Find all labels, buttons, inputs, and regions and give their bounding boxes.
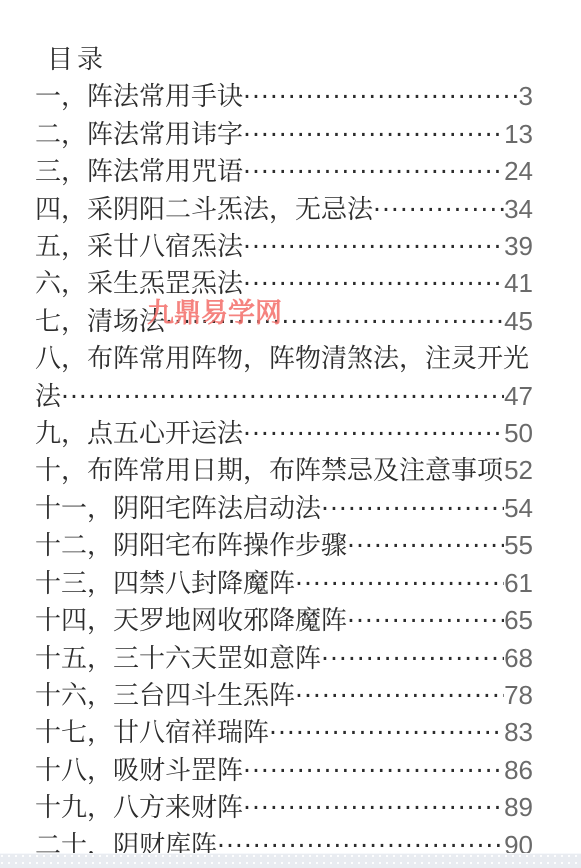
toc-row: 十三，四禁八封降魔阵 ·····························…	[35, 565, 533, 602]
toc-row: 十二，阴阳宅布阵操作步骤 ···························…	[35, 527, 533, 564]
dot-leader: ········································…	[243, 265, 504, 302]
toc-page-number: 39	[504, 228, 533, 265]
toc-entry-title: 十一，阴阳宅阵法启动法	[35, 490, 321, 527]
toc-page-number: 47	[504, 378, 533, 415]
toc-row: 十八，吸财斗罡阵 ·······························…	[35, 752, 533, 789]
dot-leader: ········································…	[243, 116, 504, 153]
dot-leader: ········································…	[269, 714, 504, 751]
toc-entry-title: 十三，四禁八封降魔阵	[35, 565, 295, 602]
toc-page-number: 34	[504, 191, 533, 228]
dot-leader: ········································…	[347, 602, 504, 639]
dot-leader: ········································…	[243, 415, 504, 452]
dot-leader: ········································…	[243, 228, 504, 265]
toc-page-number: 61	[504, 565, 533, 602]
bottom-bar	[0, 853, 581, 868]
toc-row: 九，点五心开运法 ·······························…	[35, 415, 533, 452]
toc-entry-title: 五，采廿八宿炁法	[35, 228, 243, 265]
toc-entry-title: 十九，八方来财阵	[35, 789, 243, 826]
toc-row: 四，采阴阳二斗炁法，无忌法 ··························…	[35, 191, 533, 228]
toc-page-number: 86	[504, 752, 533, 789]
toc-page-number: 54	[504, 490, 533, 527]
dot-leader: ········································…	[243, 153, 504, 190]
toc-entry-title: 九，点五心开运法	[35, 415, 243, 452]
dot-leader: ········································…	[243, 752, 504, 789]
dot-leader: ········································…	[295, 677, 504, 714]
toc-page-number: 68	[504, 640, 533, 677]
toc-page-number: 89	[504, 789, 533, 826]
toc-page-number: 78	[504, 677, 533, 714]
dot-leader: ········································…	[373, 191, 504, 228]
toc-row: 五，采廿八宿炁法 ·······························…	[35, 228, 533, 265]
toc-entry-title: 七，清场法	[35, 303, 165, 340]
toc-row: 法 ······································…	[35, 378, 533, 415]
toc-page-number: 50	[504, 415, 533, 452]
dot-leader: ········································…	[321, 640, 504, 677]
toc-page-number: 55	[504, 527, 533, 564]
toc-content: 目录 一，阵法常用手诀 ····························…	[35, 41, 533, 864]
toc-row: 七，清场法 ··································…	[35, 303, 533, 340]
toc-row: 八，布阵常用阵物，阵物清煞法，注灵开光	[35, 340, 533, 377]
dot-leader: ········································…	[295, 565, 504, 602]
dot-leader: ········································…	[61, 378, 504, 415]
toc-page-number: 24	[504, 153, 533, 190]
toc-entry-title: 十七，廿八宿祥瑞阵	[35, 714, 269, 751]
toc-list: 一，阵法常用手诀 ·······························…	[35, 78, 533, 864]
toc-entry-title: 二，阵法常用讳字	[35, 116, 243, 153]
toc-page: 目录 一，阵法常用手诀 ····························…	[0, 0, 581, 868]
dot-leader: ········································…	[243, 789, 504, 826]
toc-entry-title: 十，布阵常用日期，布阵禁忌及注意事项	[35, 452, 503, 489]
toc-row: 一，阵法常用手诀 ·······························…	[35, 78, 533, 115]
toc-row: 二，阵法常用讳字 ·······························…	[35, 116, 533, 153]
toc-entry-title: 十四，天罗地网收邪降魔阵	[35, 602, 347, 639]
toc-row: 十六，三台四斗生炁阵 ·····························…	[35, 677, 533, 714]
toc-entry-title: 六，采生炁罡炁法	[35, 265, 243, 302]
toc-row: 十四，天罗地网收邪降魔阵 ···························…	[35, 602, 533, 639]
toc-page-number: 83	[504, 714, 533, 751]
page-title: 目录	[35, 41, 533, 78]
toc-page-number: 3	[519, 78, 533, 115]
toc-row: 三，阵法常用咒语 ·······························…	[35, 153, 533, 190]
toc-entry-title: 一，阵法常用手诀	[35, 78, 243, 115]
toc-entry-title: 四，采阴阳二斗炁法，无忌法	[35, 191, 373, 228]
dot-leader: ········································…	[347, 527, 504, 564]
toc-entry-title: 十五，三十六天罡如意阵	[35, 640, 321, 677]
dot-leader: ········································…	[165, 303, 504, 340]
toc-page-number: 13	[504, 116, 533, 153]
toc-row: 十五，三十六天罡如意阵 ····························…	[35, 640, 533, 677]
toc-row: 十九，八方来财阵 ·······························…	[35, 789, 533, 826]
dot-leader: ········································…	[321, 490, 504, 527]
toc-row: 十一，阴阳宅阵法启动法 ····························…	[35, 490, 533, 527]
toc-row: 十，布阵常用日期，布阵禁忌及注意事项 52	[35, 452, 533, 489]
toc-entry-title: 十六，三台四斗生炁阵	[35, 677, 295, 714]
toc-entry-title: 三，阵法常用咒语	[35, 153, 243, 190]
toc-entry-title: 法	[35, 378, 61, 415]
toc-entry-title: 十二，阴阳宅布阵操作步骤	[35, 527, 347, 564]
dot-leader: ········································…	[243, 78, 519, 115]
toc-page-number: 41	[504, 265, 533, 302]
toc-row: 十七，廿八宿祥瑞阵 ······························…	[35, 714, 533, 751]
toc-row: 六，采生炁罡炁法 ·······························…	[35, 265, 533, 302]
toc-entry-title: 十八，吸财斗罡阵	[35, 752, 243, 789]
toc-page-number: 45	[504, 303, 533, 340]
toc-entry-title: 八，布阵常用阵物，阵物清煞法，注灵开光	[35, 340, 529, 377]
toc-page-number: 52	[504, 452, 533, 489]
toc-page-number: 65	[504, 602, 533, 639]
